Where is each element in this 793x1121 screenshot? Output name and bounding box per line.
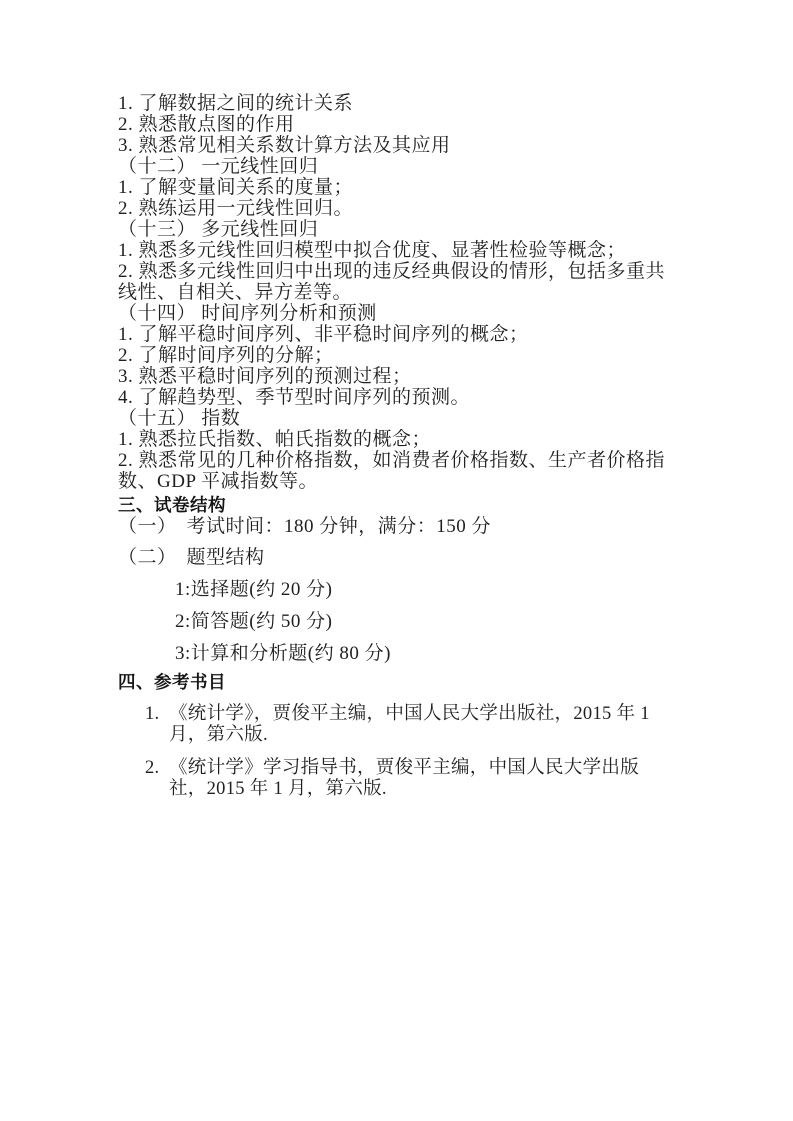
book-citation: 《统计学》，贾俊平主编，中国人民大学出版社，2015 年 1 月，第六版. xyxy=(169,704,675,746)
section-three-heading: 三、试卷结构 xyxy=(118,494,675,516)
outline-item: 1. 熟悉拉氏指数、帕氏指数的概念； xyxy=(118,429,675,450)
outline-section-14-heading: （十四） 时间序列分析和预测 xyxy=(118,303,675,324)
question-type-short-answer: 2:简答题(约 50 分) xyxy=(175,611,675,632)
outline-item: 1. 了解变量间关系的度量； xyxy=(118,177,675,198)
exam-time-line: （一） 考试时间：180 分钟，满分：150 分 xyxy=(118,516,675,537)
section-four-heading: 四、参考书目 xyxy=(118,671,675,693)
book-number: 1. xyxy=(145,704,169,746)
question-structure-line: （二） 题型结构 xyxy=(118,547,675,568)
reference-book-list: 1. 《统计学》，贾俊平主编，中国人民大学出版社，2015 年 1 月，第六版.… xyxy=(145,704,675,800)
outline-item: 2. 了解时间序列的分解； xyxy=(118,345,675,366)
outline-item: 4. 了解趋势型、季节型时间序列的预测。 xyxy=(118,387,675,408)
reference-book-2: 2. 《统计学》学习指导书，贾俊平主编，中国人民大学出版社，2015 年 1 月… xyxy=(145,758,675,800)
outline-item: 2. 熟悉散点图的作用 xyxy=(118,114,675,135)
book-citation: 《统计学》学习指导书，贾俊平主编，中国人民大学出版社，2015 年 1 月，第六… xyxy=(169,758,675,800)
question-type-calculation: 3:计算和分析题(约 80 分) xyxy=(175,643,675,664)
outline-item: 1. 了解平稳时间序列、非平稳时间序列的概念； xyxy=(118,324,675,345)
outline-item: 2. 熟悉多元线性回归中出现的违反经典假设的情形，包括多重共线性、自相关、异方差… xyxy=(118,261,675,303)
outline-item: 1. 了解数据之间的统计关系 xyxy=(118,93,675,114)
book-number: 2. xyxy=(145,758,169,800)
outline-item: 2. 熟练运用一元线性回归。 xyxy=(118,198,675,219)
outline-section-15-heading: （十五） 指数 xyxy=(118,408,675,429)
document-content: 1. 了解数据之间的统计关系 2. 熟悉散点图的作用 3. 熟悉常见相关系数计算… xyxy=(118,93,675,800)
reference-book-1: 1. 《统计学》，贾俊平主编，中国人民大学出版社，2015 年 1 月，第六版. xyxy=(145,704,675,746)
outline-item: 3. 熟悉平稳时间序列的预测过程； xyxy=(118,366,675,387)
outline-item: 1. 熟悉多元线性回归模型中拟合优度、显著性检验等概念； xyxy=(118,240,675,261)
outline-item: 3. 熟悉常见相关系数计算方法及其应用 xyxy=(118,135,675,156)
outline-item: 2. 熟悉常见的几种价格指数，如消费者价格指数、生产者价格指数、GDP 平减指数… xyxy=(118,450,675,492)
question-type-choice: 1:选择题(约 20 分) xyxy=(175,579,675,600)
outline-section-12-heading: （十二） 一元线性回归 xyxy=(118,156,675,177)
outline-section-13-heading: （十三） 多元线性回归 xyxy=(118,219,675,240)
document-page: 1. 了解数据之间的统计关系 2. 熟悉散点图的作用 3. 熟悉常见相关系数计算… xyxy=(0,0,793,1121)
